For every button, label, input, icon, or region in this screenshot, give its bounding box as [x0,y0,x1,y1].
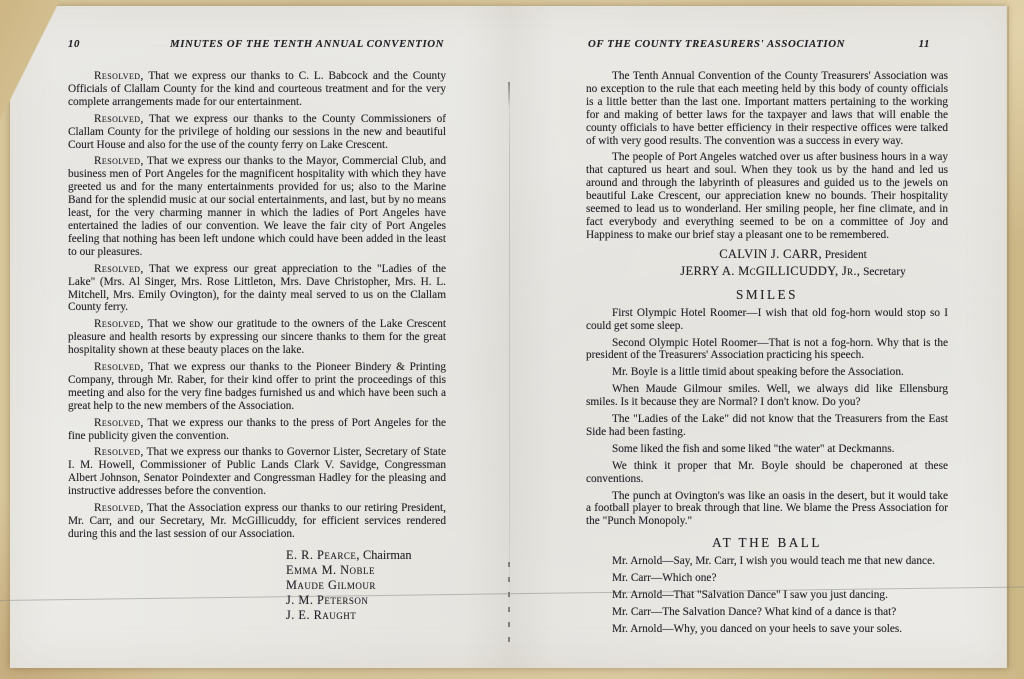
ball-dialogue-5: Mr. Arnold—Why, you danced on your heels… [586,623,948,636]
officer-role: President [822,249,867,261]
committee-signatures: E. R. Pearce, Chairman Emma M. Noble Mau… [286,548,446,623]
right-page: OF THE COUNTY TREASURERS' ASSOCIATION 11… [586,36,948,640]
resolved-lead: Resolved, [94,417,144,429]
signature-line-1: E. R. Pearce, Chairman [286,548,446,563]
resolution-paragraph-2: Resolved, That we express our thanks to … [68,113,446,152]
signer-name: J. M. Peterson [286,593,368,607]
ball-dialogue-1: Mr. Arnold—Say, Mr. Carr, I wish you wou… [586,555,948,568]
resolved-lead: Resolved, [94,502,144,514]
left-running-header: MINUTES OF THE TENTH ANNUAL CONVENTION [170,38,444,51]
officer-name: JERRY A. McGILLICUDDY, Jr., [680,264,860,278]
resolution-paragraph-9: Resolved, That the Association express o… [68,502,446,541]
resolution-paragraph-4: Resolved, That we express our great appr… [68,263,446,315]
signature-line-2: Emma M. Noble [286,563,446,578]
officer-line-2: JERRY A. McGILLICUDDY, Jr., Secretary [612,263,974,280]
resolved-lead: Resolved, [94,155,144,167]
smiles-paragraph-6: Some liked the fish and some liked "the … [586,443,948,456]
center-fold-mark-top [508,82,510,108]
left-running-header-row: 10 MINUTES OF THE TENTH ANNUAL CONVENTIO… [68,36,446,58]
smiles-paragraph-4: When Maude Gilmour smiles. Well, we alwa… [586,383,948,409]
signature-line-4: J. M. Peterson [286,593,446,608]
smiles-paragraph-5: The "Ladies of the Lake" did not know th… [586,413,948,439]
left-page: 10 MINUTES OF THE TENTH ANNUAL CONVENTIO… [68,36,446,623]
resolved-lead: Resolved, [94,446,144,458]
resolved-lead: Resolved, [94,263,144,275]
signer-name: E. R. Pearce, [286,548,360,562]
right-page-number: 11 [919,38,930,51]
smiles-section-heading: SMILES [586,289,948,302]
ball-dialogue-3: Mr. Arnold—That "Salvation Dance" I saw … [586,589,948,602]
resolution-paragraph-8: Resolved, That we express our thanks to … [68,446,446,498]
smiles-paragraph-8: The punch at Ovington's was like an oasi… [586,490,948,529]
ball-dialogue-2: Mr. Carr—Which one? [586,572,948,585]
ball-dialogue-4: Mr. Carr—The Salvation Dance? What kind … [586,606,948,619]
right-running-header-row: OF THE COUNTY TREASURERS' ASSOCIATION 11 [586,36,948,58]
intro-paragraph-2: The people of Port Angeles watched over … [586,151,948,241]
right-running-header: OF THE COUNTY TREASURERS' ASSOCIATION [588,38,845,51]
gutter-shadow [465,6,555,668]
signer-name: Maude Gilmour [286,578,376,592]
signer-role: Chairman [360,548,412,562]
scanned-book-spread: 10 MINUTES OF THE TENTH ANNUAL CONVENTIO… [0,0,1024,679]
resolved-lead: Resolved, [94,361,144,373]
officer-name: CALVIN J. CARR, [719,247,822,261]
ball-section-heading: AT THE BALL [586,537,948,550]
officer-line-1: CALVIN J. CARR, President [612,246,974,263]
signer-name: Emma M. Noble [286,563,375,577]
intro-paragraph-1: The Tenth Annual Convention of the Count… [586,70,948,147]
resolution-paragraph-1: Resolved, That we express our thanks to … [68,70,446,109]
smiles-paragraph-7: We think it proper that Mr. Boyle should… [586,460,948,486]
signature-line-5: J. E. Raught [286,608,446,623]
signer-name: J. E. Raught [286,608,356,622]
resolution-text: That we express our thanks to the Mayor,… [68,155,446,257]
page-edge-shadow [1006,6,1009,668]
signature-line-3: Maude Gilmour [286,578,446,593]
smiles-paragraph-3: Mr. Boyle is a little timid about speaki… [586,366,948,379]
resolved-lead: Resolved, [94,70,144,82]
resolution-paragraph-7: Resolved, That we express our thanks to … [68,417,446,443]
smiles-paragraph-1: First Olympic Hotel Roomer—I wish that o… [586,307,948,333]
resolved-lead: Resolved, [94,318,144,330]
resolution-paragraph-6: Resolved, That we express our thanks to … [68,361,446,413]
resolved-lead: Resolved, [94,113,144,125]
resolution-paragraph-3: Resolved, That we express our thanks to … [68,155,446,258]
officer-signatures: CALVIN J. CARR, President JERRY A. McGIL… [612,246,974,280]
officer-role: Secretary [860,266,905,278]
smiles-paragraph-2: Second Olympic Hotel Roomer—That is not … [586,337,948,363]
center-fold-marks-bottom [508,562,510,648]
left-page-number: 10 [68,38,80,51]
resolution-paragraph-5: Resolved, That we show our gratitude to … [68,318,446,357]
